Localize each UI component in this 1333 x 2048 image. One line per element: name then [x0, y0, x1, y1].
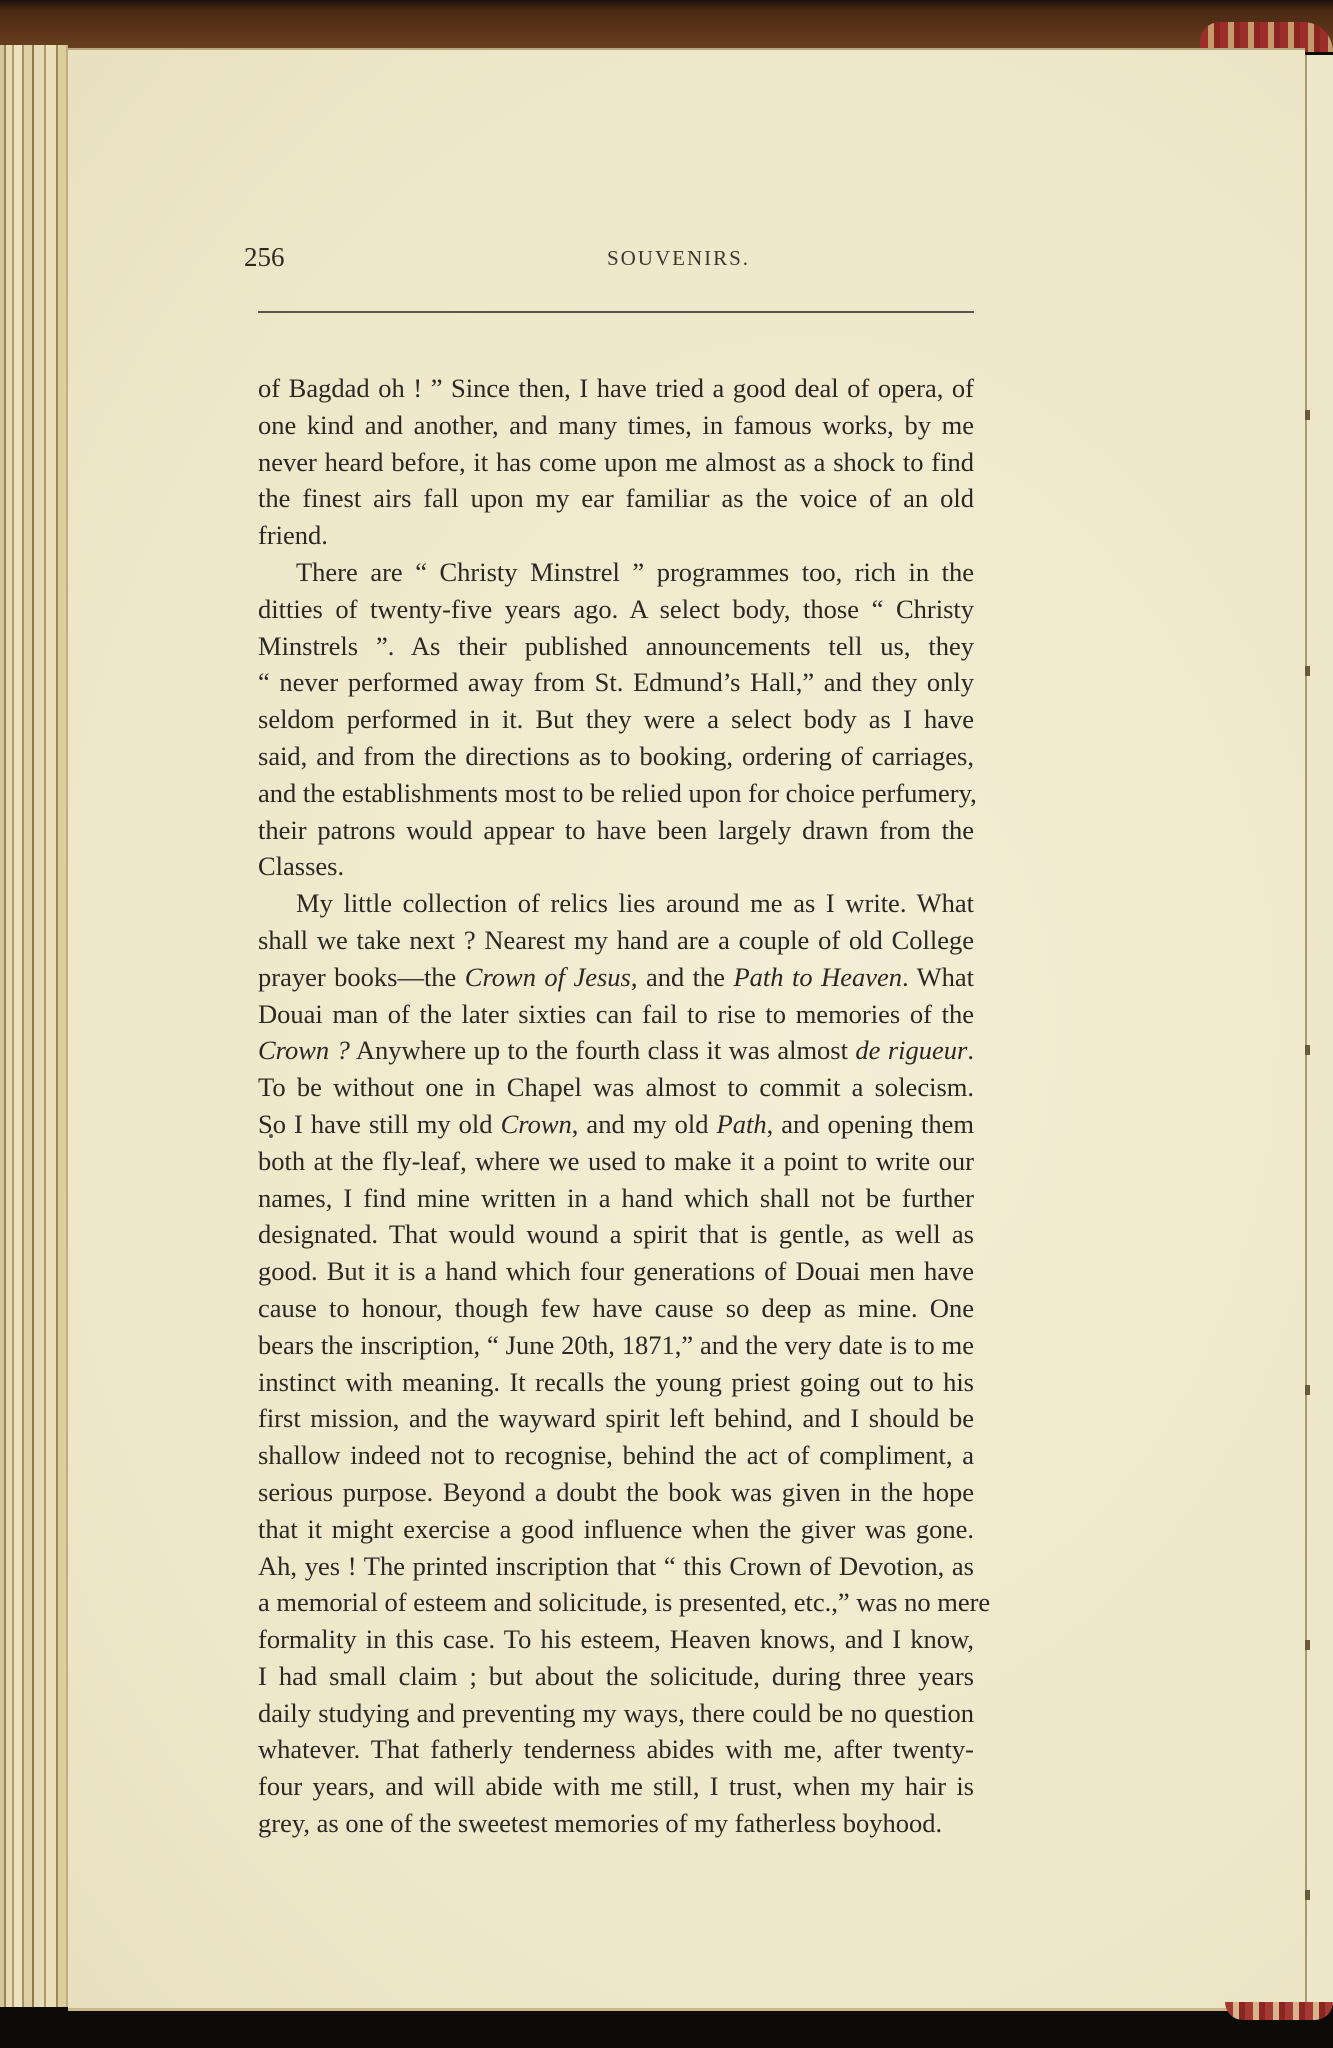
text-run: cause to honour, though few have cause s… [258, 1293, 974, 1323]
text-line: I had small claim ; but about the solici… [258, 1658, 974, 1695]
text-run: Anywhere up to the fourth class it was a… [350, 1035, 856, 1065]
text-run: ditties of twenty-five years ago. A sele… [258, 594, 974, 624]
text-run: Ah, yes ! The printed inscription that “… [258, 1551, 974, 1581]
text-run: daily studying and preventing my ways, t… [258, 1698, 974, 1728]
page-stack-edge [0, 45, 68, 2007]
text-run: grey, as one of the sweetest memories of… [258, 1808, 942, 1838]
text-run: both at the fly-leaf, where we used to m… [258, 1146, 974, 1176]
text-run: , and the [631, 962, 734, 992]
text-run: first mission, and the wayward spirit le… [258, 1403, 974, 1433]
text-line: said, and from the directions as to book… [258, 738, 974, 775]
text-line: the finest airs fall upon my ear familia… [258, 480, 974, 517]
text-line: “ never performed away from St. Edmund’s… [258, 664, 974, 701]
text-run: So I have still my old [258, 1109, 501, 1139]
body-text: of Bagdad oh ! ” Since then, I have trie… [258, 370, 974, 1842]
text-run: bears the inscription, “ June 20th, 1871… [258, 1330, 974, 1360]
italic-title: Crown of Jesus [465, 962, 631, 992]
text-run: a memorial of esteem and solicitude, is … [258, 1587, 990, 1617]
text-run: To be without one in Chapel was almost t… [258, 1072, 974, 1102]
text-line: their patrons would appear to have been … [258, 812, 974, 849]
text-line: whatever. That fatherly tenderness abide… [258, 1731, 974, 1768]
text-line: of Bagdad oh ! ” Since then, I have trie… [258, 370, 974, 407]
text-run: good. But it is a hand which four genera… [258, 1256, 974, 1286]
text-line: Minstrels ”. As their published announce… [258, 628, 974, 665]
text-line: shall we take next ? Nearest my hand are… [258, 922, 974, 959]
text-line: good. But it is a hand which four genera… [258, 1253, 974, 1290]
text-run: four years, and will abide with me still… [258, 1771, 974, 1801]
italic-title: Path to Heaven [734, 962, 903, 992]
text-line: that it might exercise a good influence … [258, 1511, 974, 1548]
text-line: Ah, yes ! The printed inscription that “… [258, 1548, 974, 1585]
italic-title: Crown ? [258, 1035, 350, 1065]
text-line: prayer books—the Crown of Jesus, and the… [258, 959, 974, 996]
text-run: shall we take next ? Nearest my hand are… [258, 925, 974, 955]
text-line: grey, as one of the sweetest memories of… [258, 1805, 974, 1842]
book-cover-top-edge [0, 0, 1333, 52]
text-run: There are “ Christy Minstrel ” programme… [296, 557, 974, 587]
text-line: formality in this case. To his esteem, H… [258, 1621, 974, 1658]
text-run: the finest airs fall upon my ear familia… [258, 483, 974, 513]
text-run: one kind and another, and many times, in… [258, 410, 974, 440]
text-run: seldom performed in it. But they were a … [258, 704, 974, 734]
text-run: serious purpose. Beyond a doubt the book… [258, 1477, 974, 1507]
text-run: of Bagdad oh ! ” Since then, I have trie… [258, 373, 974, 403]
italic-title: de rigueur [855, 1035, 967, 1065]
text-line: bears the inscription, “ June 20th, 1871… [258, 1327, 974, 1364]
text-line: seldom performed in it. But they were a … [258, 701, 974, 738]
text-run: said, and from the directions as to book… [258, 741, 974, 771]
text-line: instinct with meaning. It recalls the yo… [258, 1364, 974, 1401]
ink-speck [269, 1134, 273, 1138]
text-line: and the establishments most to be relied… [258, 775, 974, 812]
text-line: names, I find mine written in a hand whi… [258, 1180, 974, 1217]
text-run: I had small claim ; but about the solici… [258, 1661, 974, 1691]
text-run: Douai man of the later sixties can fail … [258, 999, 974, 1029]
text-line: never heard before, it has come upon me … [258, 444, 974, 481]
text-line: My little collection of relics lies arou… [258, 885, 974, 922]
headband-bottom [1225, 2002, 1333, 2020]
running-head: 256 SOUVENIRS. [68, 242, 1305, 282]
italic-title: Path [717, 1109, 767, 1139]
text-run: Classes. [258, 851, 344, 881]
text-line: So I have still my old Crown, and my old… [258, 1106, 974, 1143]
text-run: , and opening them [767, 1109, 974, 1139]
text-line: first mission, and the wayward spirit le… [258, 1400, 974, 1437]
text-run: “ never performed away from St. Edmund’s… [258, 667, 974, 697]
text-line: serious purpose. Beyond a doubt the book… [258, 1474, 974, 1511]
text-line: To be without one in Chapel was almost t… [258, 1069, 974, 1106]
text-run: never heard before, it has come upon me … [258, 447, 974, 477]
running-title: SOUVENIRS. [60, 246, 1297, 271]
text-run: . [967, 1035, 974, 1065]
text-run: , and my old [572, 1109, 717, 1139]
text-line: a memorial of esteem and solicitude, is … [258, 1584, 974, 1621]
text-run: formality in this case. To his esteem, H… [258, 1624, 974, 1654]
facing-page-edge [1305, 55, 1333, 2005]
text-line: four years, and will abide with me still… [258, 1768, 974, 1805]
book-page: 256 SOUVENIRS. of Bagdad oh ! ” Since th… [68, 48, 1305, 2011]
text-line: shallow indeed not to recognise, behind … [258, 1437, 974, 1474]
text-run: My little collection of relics lies arou… [296, 888, 974, 918]
text-run: . What [902, 962, 974, 992]
text-run: designated. That would wound a spirit th… [258, 1219, 974, 1249]
text-run: Minstrels ”. As their published announce… [258, 631, 974, 661]
text-run: friend. [258, 520, 328, 550]
text-line: designated. That would wound a spirit th… [258, 1216, 974, 1253]
text-run: prayer books—the [258, 962, 465, 992]
italic-title: Crown [501, 1109, 572, 1139]
text-line: both at the fly-leaf, where we used to m… [258, 1143, 974, 1180]
text-run: their patrons would appear to have been … [258, 815, 974, 845]
text-run: and the establishments most to be relied… [258, 778, 977, 808]
text-line: friend. [258, 517, 974, 554]
text-run: names, I find mine written in a hand whi… [258, 1183, 974, 1213]
text-line: cause to honour, though few have cause s… [258, 1290, 974, 1327]
text-run: shallow indeed not to recognise, behind … [258, 1440, 974, 1470]
text-run: instinct with meaning. It recalls the yo… [258, 1367, 974, 1397]
text-line: Crown ? Anywhere up to the fourth class … [258, 1032, 974, 1069]
text-run: whatever. That fatherly tenderness abide… [258, 1734, 974, 1764]
text-line: Classes. [258, 848, 974, 885]
text-line: Douai man of the later sixties can fail … [258, 996, 974, 1033]
text-line: daily studying and preventing my ways, t… [258, 1695, 974, 1732]
text-line: There are “ Christy Minstrel ” programme… [258, 554, 974, 591]
header-rule [258, 311, 974, 313]
text-line: one kind and another, and many times, in… [258, 407, 974, 444]
text-line: ditties of twenty-five years ago. A sele… [258, 591, 974, 628]
text-run: that it might exercise a good influence … [258, 1514, 974, 1544]
